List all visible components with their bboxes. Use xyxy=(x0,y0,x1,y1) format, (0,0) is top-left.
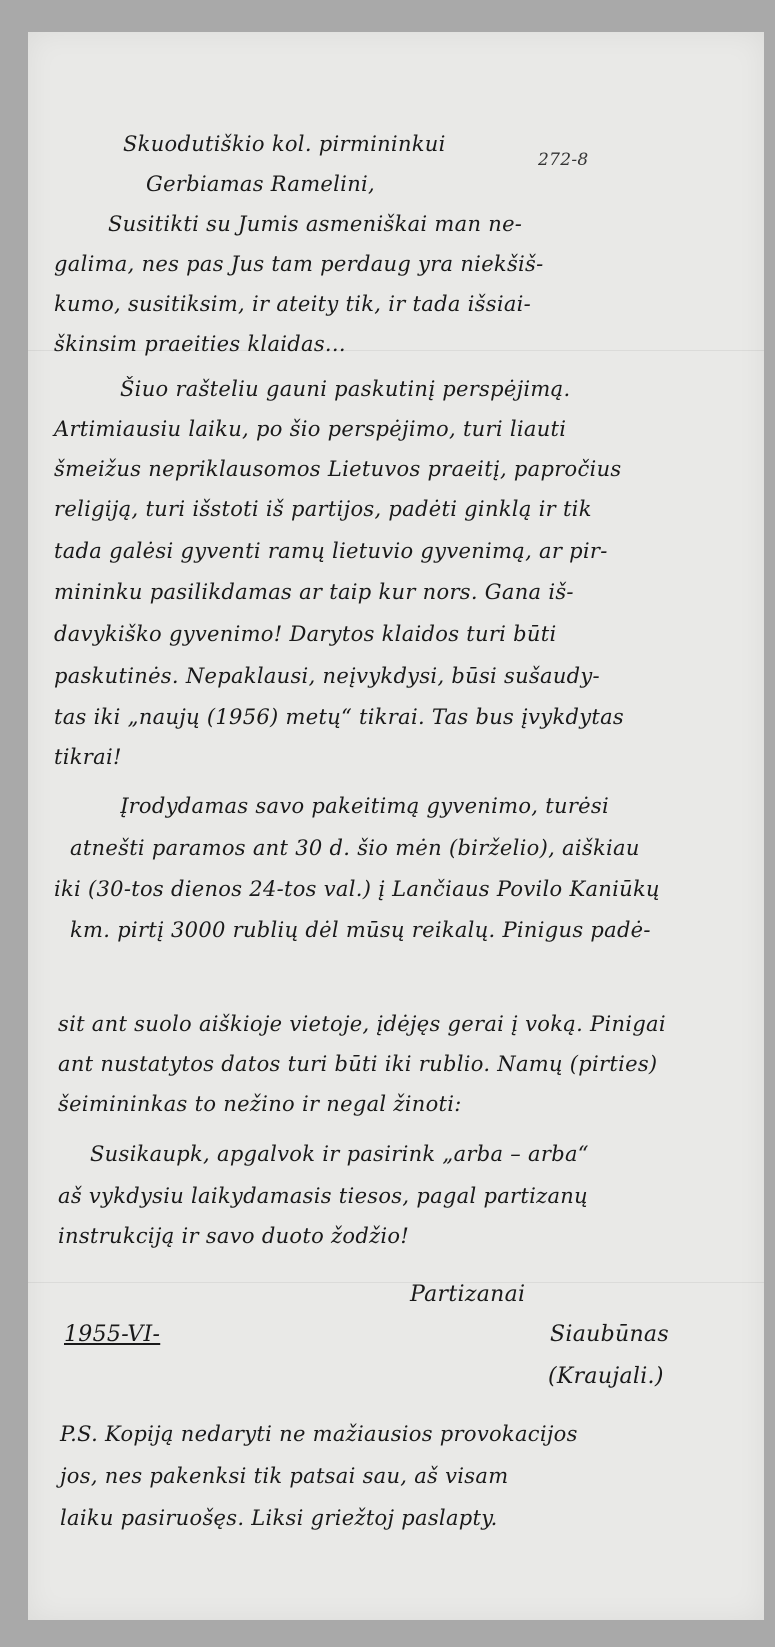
body-line: iki (30-tos dienos 24-tos val.) į Lančia… xyxy=(54,877,660,901)
body-line: davykiško gyvenimo! Darytos klaidos turi… xyxy=(54,622,557,646)
body-line: Susikaupk, apgalvok ir pasirink „arba – … xyxy=(90,1142,589,1166)
body-line: mininku pasilikdamas ar taip kur nors. G… xyxy=(54,580,574,604)
body-line: tikrai! xyxy=(54,745,122,769)
postscript-line: jos, nes pakenksi tik patsai sau, aš vis… xyxy=(60,1464,508,1488)
body-line: šmeižus nepriklausomos Lietuvos praeitį,… xyxy=(54,457,621,481)
addressee-line: Skuodutiškio kol. pirmininkui xyxy=(123,132,446,156)
body-line: sit ant suolo aiškioje vietoje, įdėjęs g… xyxy=(58,1012,666,1036)
body-line: Šiuo rašteliu gauni paskutinį perspėjimą… xyxy=(120,377,570,401)
postscript-line: P.S. Kopiją nedaryti ne mažiausios provo… xyxy=(60,1422,578,1446)
body-line: Susitikti su Jumis asmeniškai man ne- xyxy=(108,212,522,236)
paper-crease xyxy=(28,1282,764,1283)
body-line: tas iki „naujų (1956) metų“ tikrai. Tas … xyxy=(54,705,624,729)
body-line: aš vykdysiu laikydamasis tiesos, pagal p… xyxy=(58,1184,588,1208)
body-line: Įrodydamas savo pakeitimą gyvenimo, turė… xyxy=(120,794,609,818)
salutation: Gerbiamas Ramelini, xyxy=(146,172,375,196)
body-line: tada galėsi gyventi ramų lietuvio gyveni… xyxy=(54,539,608,563)
signer-name: Siaubūnas xyxy=(550,1322,669,1347)
postscript-line: laiku pasiruošęs. Liksi griežtoj paslapt… xyxy=(60,1506,498,1530)
body-line: škinsim praeities klaidas... xyxy=(54,332,346,356)
letter-page: Skuodutiškio kol. pirmininkui 272-8 Gerb… xyxy=(28,32,764,1620)
body-line: kumo, susitiksim, ir ateity tik, ir tada… xyxy=(54,292,531,316)
body-line: galima, nes pas Jus tam perdaug yra niek… xyxy=(54,252,544,276)
body-line: ant nustatytos datos turi būti iki rubli… xyxy=(58,1052,657,1076)
body-line: km. pirtį 3000 rublių dėl mūsų reikalų. … xyxy=(70,918,651,942)
signer-group: Partizanai xyxy=(410,1282,525,1307)
archive-mark: 272-8 xyxy=(538,150,589,170)
body-line: paskutinės. Nepaklausi, neįvykdysi, būsi… xyxy=(54,664,600,688)
signer-alias: (Kraujali.) xyxy=(548,1364,664,1389)
body-line: religiją, turi išstoti iš partijos, padė… xyxy=(54,497,592,521)
body-line: šeimininkas to nežino ir negal žinoti: xyxy=(58,1092,462,1116)
letter-date: 1955-VI- xyxy=(64,1322,160,1347)
body-line: Artimiausiu laiku, po šio perspėjimo, tu… xyxy=(54,417,566,441)
body-line: instrukciją ir savo duoto žodžio! xyxy=(58,1224,409,1248)
body-line: atnešti paramos ant 30 d. šio mėn (birže… xyxy=(70,836,640,860)
